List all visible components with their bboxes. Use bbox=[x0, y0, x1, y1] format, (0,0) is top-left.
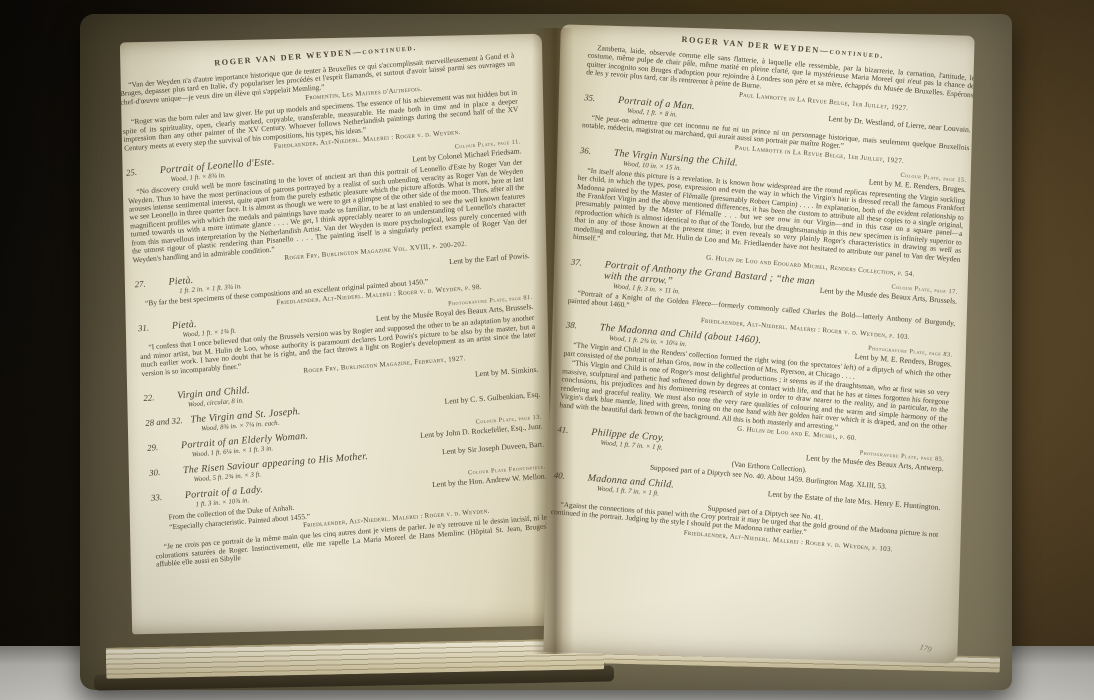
entry-lender: Lent by Dr. Westland, of Lierre, near Lo… bbox=[828, 114, 971, 134]
entry-right-column: Lent by Sir Joseph Duveen, Bart. bbox=[442, 438, 545, 457]
entry-lender: Lent by M. Simkins. bbox=[475, 365, 539, 379]
entry-right-column: Lent by C. S. Gulbenkian, Esq. bbox=[444, 388, 540, 406]
entry-number: 35. bbox=[584, 92, 611, 104]
entry-number: 41. bbox=[557, 424, 584, 436]
open-book: ROGER VAN DER WEYDEN—continued. “Van der… bbox=[80, 14, 1012, 690]
entry-number: 38. bbox=[566, 320, 593, 332]
entry-number: 31. bbox=[138, 322, 165, 334]
entry-number: 22. bbox=[143, 391, 170, 403]
entry-right-column: Lent by M. Simkins. bbox=[475, 363, 539, 379]
entry-number: 30. bbox=[149, 466, 176, 478]
entry-number: 37. bbox=[571, 256, 598, 268]
left-page-content: ROGER VAN DER WEYDEN—continued. “Van der… bbox=[120, 34, 554, 635]
entry-number: 40. bbox=[553, 470, 580, 482]
entry-number: 25. bbox=[126, 166, 153, 178]
left-page: ROGER VAN DER WEYDEN—continued. “Van der… bbox=[120, 34, 554, 635]
entry-right-column: Colour Plate, page 13. Lent by John D. R… bbox=[419, 413, 543, 440]
entry-number: 28 and 32. bbox=[145, 415, 183, 428]
entry-lender: Lent by C. S. Gulbenkian, Esq. bbox=[444, 390, 540, 406]
entry-lender: Lent by Sir Joseph Duveen, Bart. bbox=[442, 440, 545, 457]
entry-lender: Lent by the Earl of Powis. bbox=[449, 251, 530, 266]
entry-right-column: Lent by the Earl of Powis. bbox=[449, 249, 530, 266]
entry-number: 29. bbox=[147, 441, 174, 453]
right-page: ROGER VAN DER WEYDEN—continued. Zambetta… bbox=[543, 24, 974, 663]
entry-number: 33. bbox=[151, 491, 178, 503]
right-page-content: ROGER VAN DER WEYDEN—continued. Zambetta… bbox=[543, 25, 974, 662]
entry-number: 36. bbox=[580, 145, 607, 157]
entry-number: 27. bbox=[134, 277, 161, 289]
left-catalog-entries: “Van der Weyden n'a d'autre importance h… bbox=[120, 52, 551, 569]
entry-right-column: Colour Plate, page 17. Lent by the Musée… bbox=[819, 276, 958, 305]
book-photograph: ROGER VAN DER WEYDEN—continued. “Van der… bbox=[0, 0, 1094, 700]
right-catalog-entries: Zambetta, laide, observée comme elle san… bbox=[550, 43, 975, 556]
